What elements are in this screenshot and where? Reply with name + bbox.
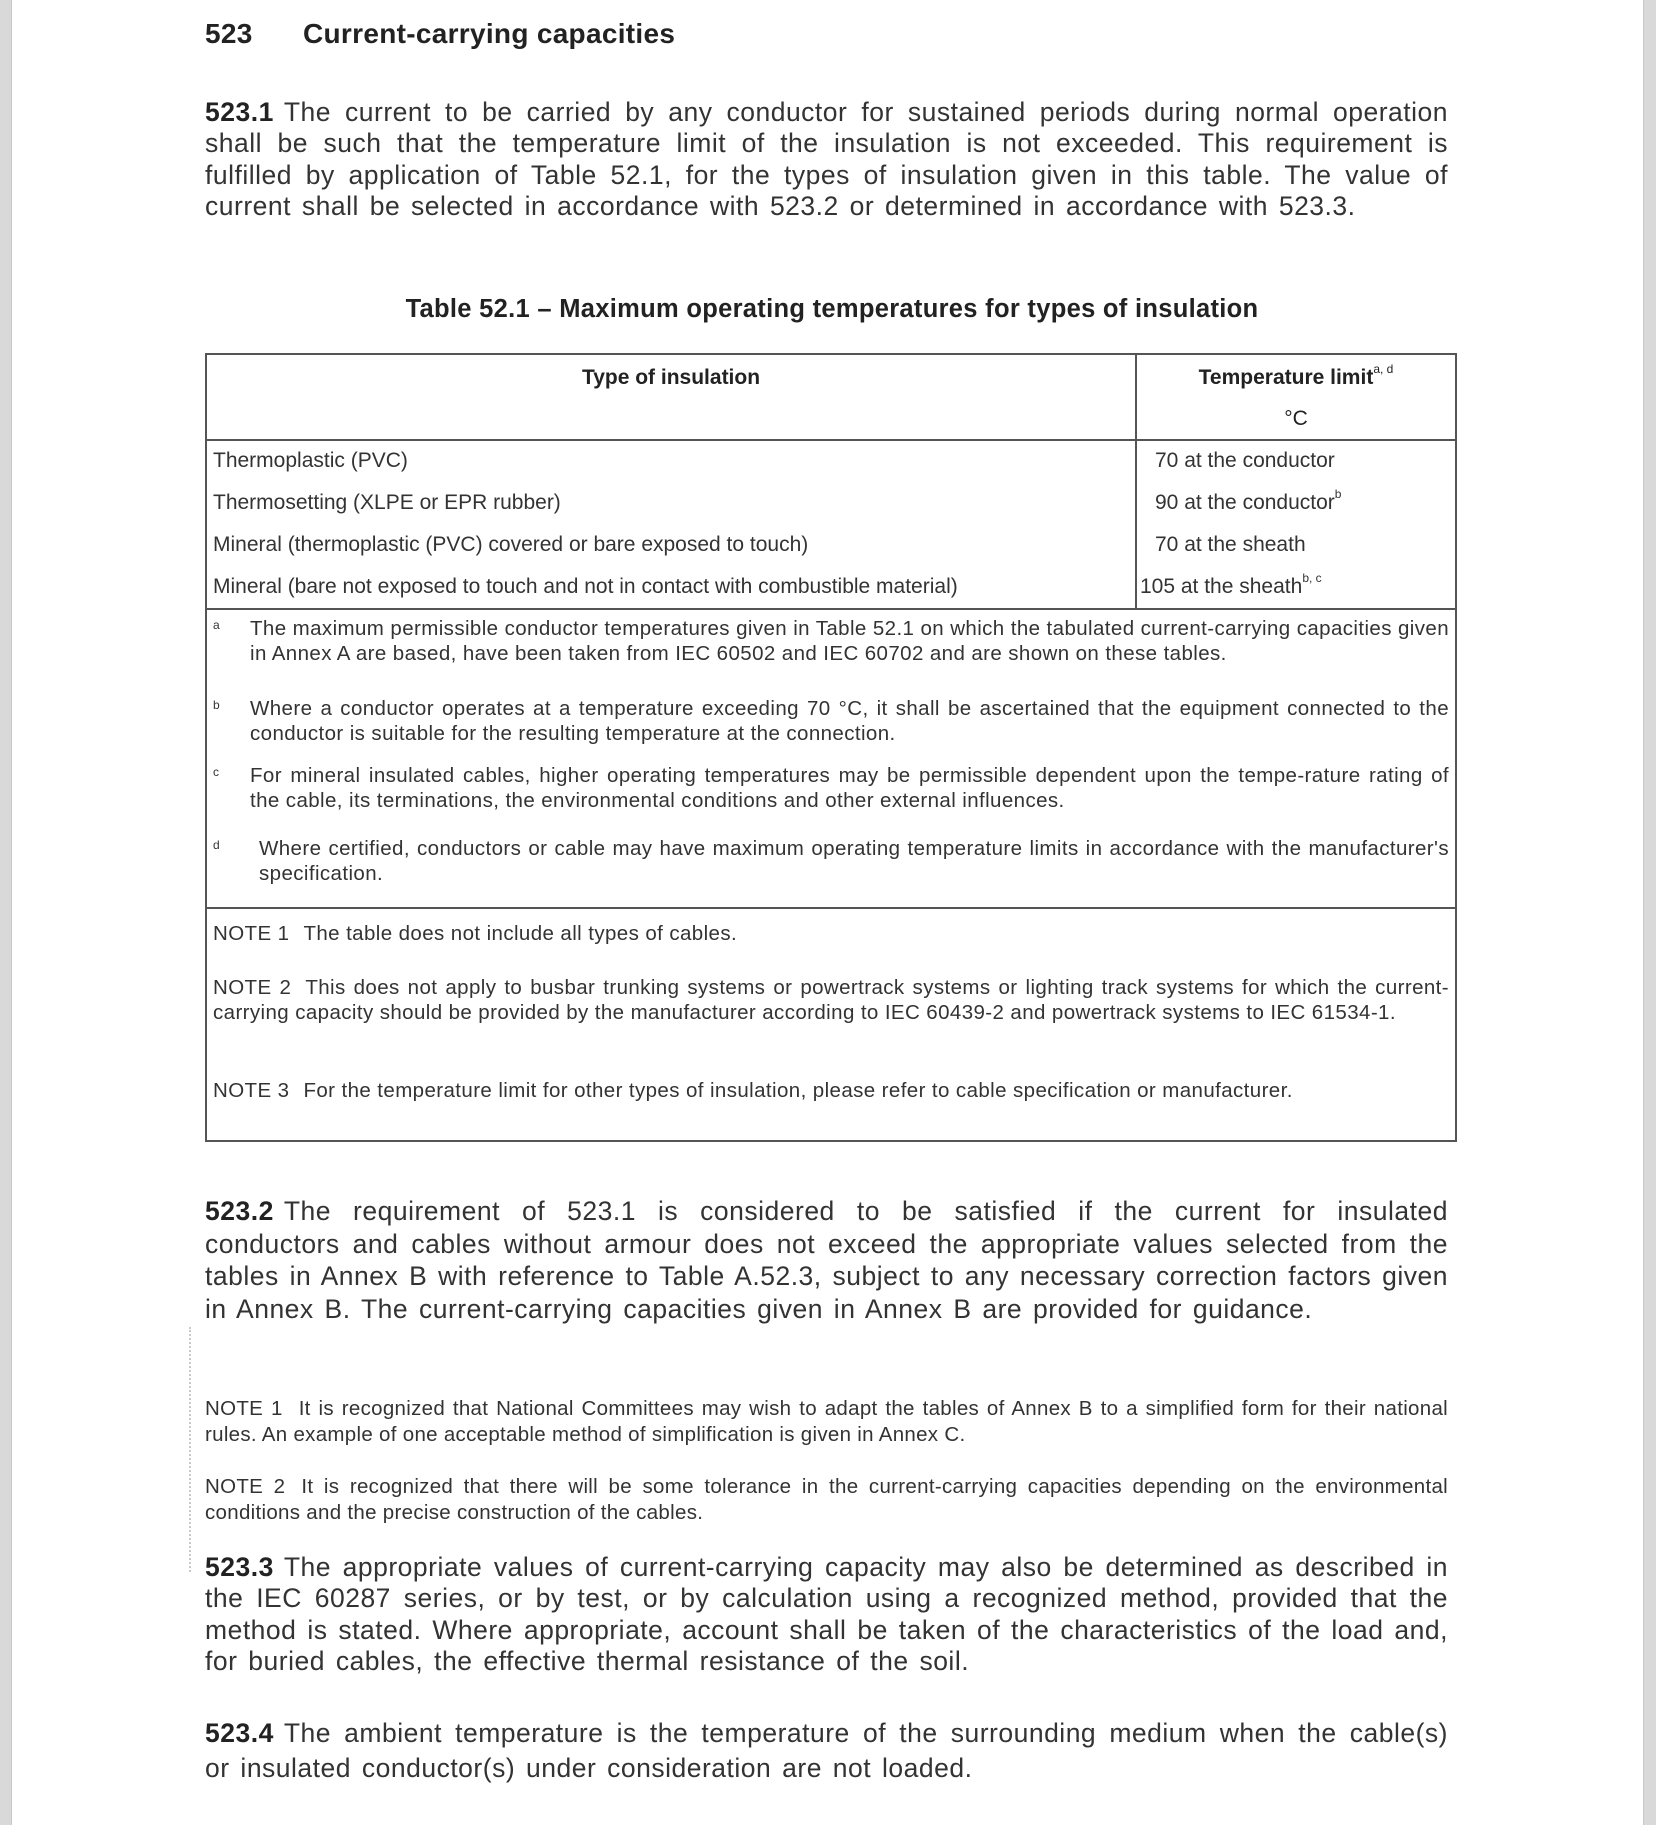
note-text: For the temperature limit for other type… — [303, 1079, 1292, 1102]
clause-number: 523.1 — [205, 97, 274, 127]
table-note-3: NOTE 3For the temperature limit for othe… — [213, 1078, 1449, 1103]
footnote-ref: b, c — [1302, 571, 1321, 585]
table-row: Mineral (bare not exposed to touch and n… — [207, 567, 1455, 609]
clause-number: 523.2 — [205, 1196, 274, 1226]
note-text: The table does not include all types of … — [303, 922, 737, 945]
clause-text: The ambient temperature is the temperatu… — [205, 1718, 1448, 1783]
viewer-left-edge — [0, 0, 12, 1825]
insulation-temperature-table: Type of insulation Temperature limita, d… — [205, 353, 1457, 1142]
note-label: NOTE 2 — [205, 1475, 285, 1498]
clause-523-2: 523.2The requirement of 523.1 is conside… — [205, 1195, 1448, 1325]
header-footnote-ref: a, d — [1373, 362, 1393, 376]
table-notes: NOTE 1The table does not include all typ… — [207, 907, 1455, 1140]
cell-temperature-limit: 70 at the sheath — [1155, 533, 1306, 557]
limit-text: 70 at the conductor — [1155, 449, 1335, 472]
footnote-mark: c — [213, 760, 219, 785]
note-label: NOTE 2 — [213, 976, 291, 999]
footnote-mark: b — [213, 693, 220, 718]
limit-text: 90 at the conductor — [1155, 491, 1335, 514]
header-type-of-insulation: Type of insulation — [207, 366, 1135, 390]
clause-number: 523.4 — [205, 1718, 274, 1748]
clause-523-4: 523.4The ambient temperature is the temp… — [205, 1716, 1448, 1786]
header-temperature-limit: Temperature limita, d — [1137, 366, 1455, 390]
clause-523-1: 523.1The current to be carried by any co… — [205, 97, 1448, 223]
table-caption: Table 52.1 – Maximum operating temperatu… — [205, 295, 1459, 324]
footnote-text: For mineral insulated cables, higher ope… — [250, 763, 1449, 813]
section-heading: 523Current-carrying capacities — [205, 18, 675, 50]
cell-temperature-limit: 105 at the sheathb, c — [1140, 575, 1322, 599]
note-label: NOTE 1 — [205, 1397, 283, 1420]
clause-text: The requirement of 523.1 is considered t… — [205, 1196, 1448, 1324]
limit-text: 105 at the sheath — [1140, 575, 1302, 598]
note-text: It is recognized that there will be some… — [205, 1475, 1448, 1524]
footnote-ref: b — [1335, 487, 1342, 501]
clause-number: 523.3 — [205, 1552, 274, 1582]
table-note-1: NOTE 1The table does not include all typ… — [213, 921, 1449, 946]
table-row: Mineral (thermoplastic (PVC) covered or … — [207, 525, 1455, 567]
header-unit: °C — [1137, 407, 1455, 431]
limit-text: 70 at the sheath — [1155, 533, 1306, 556]
note-label: NOTE 1 — [213, 922, 289, 945]
footnote-mark: a — [213, 613, 220, 638]
header-temperature-limit-label: Temperature limit — [1199, 366, 1374, 389]
clause-523-3: 523.3The appropriate values of current-c… — [205, 1552, 1448, 1678]
cell-insulation-type: Thermoplastic (PVC) — [213, 449, 408, 473]
table-footnotes: a The maximum permissible conductor temp… — [207, 608, 1455, 909]
table-note-2: NOTE 2This does not apply to busbar trun… — [213, 975, 1449, 1025]
clause-523-2-note-2: NOTE 2It is recognized that there will b… — [205, 1474, 1448, 1525]
footnote-mark: d — [213, 833, 220, 858]
footnote-text: The maximum permissible conductor temper… — [250, 616, 1449, 666]
cell-temperature-limit: 90 at the conductorb — [1155, 491, 1341, 515]
clause-text: The appropriate values of current-carryi… — [205, 1552, 1448, 1676]
clause-text: The current to be carried by any conduct… — [205, 97, 1448, 221]
section-number: 523 — [205, 18, 303, 50]
clause-523-2-note-1: NOTE 1It is recognized that National Com… — [205, 1396, 1448, 1447]
footnote-text: Where certified, conductors or cable may… — [259, 836, 1449, 886]
cell-insulation-type: Thermosetting (XLPE or EPR rubber) — [213, 491, 561, 515]
cell-insulation-type: Mineral (bare not exposed to touch and n… — [213, 575, 958, 599]
table-row: Thermosetting (XLPE or EPR rubber) 90 at… — [207, 483, 1455, 525]
cell-temperature-limit: 70 at the conductor — [1155, 449, 1335, 473]
viewer-scrollbar[interactable] — [1643, 0, 1656, 1825]
change-bar-marker — [189, 1327, 191, 1572]
section-title: Current-carrying capacities — [303, 18, 675, 49]
table-row: Thermoplastic (PVC) 70 at the conductor — [207, 441, 1455, 483]
table-header: Type of insulation Temperature limita, d… — [207, 355, 1455, 441]
footnote-text: Where a conductor operates at a temperat… — [250, 696, 1449, 746]
cell-insulation-type: Mineral (thermoplastic (PVC) covered or … — [213, 533, 808, 557]
note-text: It is recognized that National Committee… — [205, 1397, 1448, 1446]
note-label: NOTE 3 — [213, 1079, 289, 1102]
note-text: This does not apply to busbar trunking s… — [213, 976, 1449, 1024]
